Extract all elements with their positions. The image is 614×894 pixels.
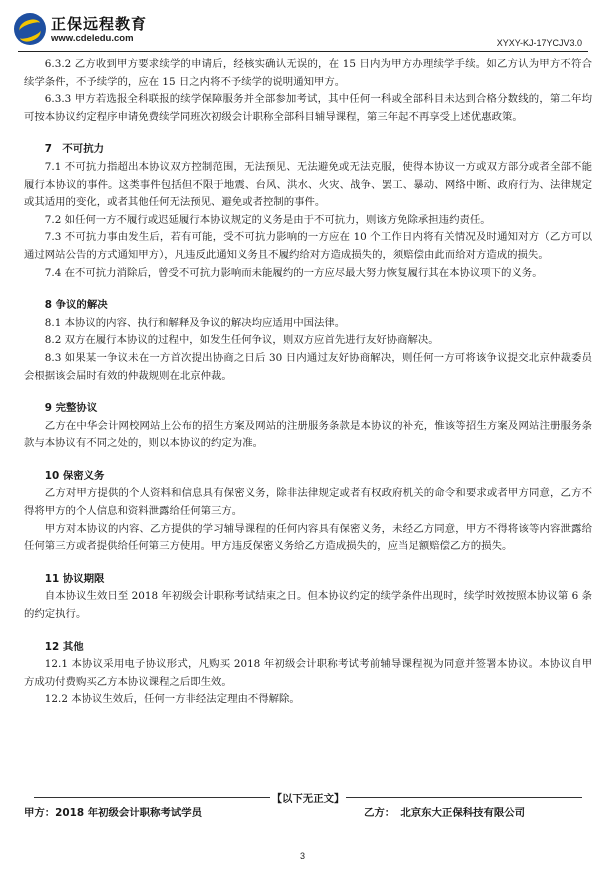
clause-7-2: 7.2 如任何一方不履行或迟延履行本协议规定的义务是由于不可抗力，则该方免除承担… — [24, 212, 592, 230]
clause-10-b: 甲方对本协议的内容、乙方提供的学习辅导课程的任何内容具有保密义务，未经乙方同意，… — [24, 521, 592, 556]
company-logo-icon — [14, 13, 46, 45]
clause-11: 自本协议生效日至 2018 年初级会计职称考试结束之日。但本协议约定的续学条件出… — [24, 588, 592, 623]
clause-7-1: 7.1 不可抗力指超出本协议双方控制范围，无法预见、无法避免或无法克服，使得本协… — [24, 159, 592, 212]
document-code: XYXY-KJ-17YCJV3.0 — [497, 38, 582, 48]
spacer — [24, 282, 592, 297]
section-8-heading: 8 争议的解决 — [24, 297, 592, 315]
page-header: 正保远程教育 www.cdeledu.com XYXY-KJ-17YCJV3.0 — [0, 0, 614, 52]
end-of-text-marker: 【以下无正文】 — [34, 790, 582, 805]
clause-7-3: 7.3 不可抗力事由发生后，若有可能，受不可抗力影响的一方应在 10 个工作日内… — [24, 229, 592, 264]
section-12-heading: 12 其他 — [24, 639, 592, 657]
party-a: 甲方：2018 年初级会计职称考试学员 — [24, 804, 202, 819]
brand-url: www.cdeledu.com — [51, 33, 134, 44]
clause-6-3-2: 6.3.2 乙方收到甲方要求续学的申请后，经核实确认无误的，在 15 日内为甲方… — [24, 56, 592, 91]
clause-8-1: 8.1 本协议的内容、执行和解释及争议的解决均应适用中国法律。 — [24, 315, 592, 333]
spacer — [24, 385, 592, 400]
spacer — [24, 126, 592, 141]
header-divider — [18, 51, 588, 52]
party-b: 乙方： 北京东大正保科技有限公司 — [364, 804, 525, 819]
clause-6-3-3: 6.3.3 甲方若选报全科联报的续学保障服务并全部参加考试，其中任何一科或全部科… — [24, 91, 592, 126]
spacer — [24, 556, 592, 571]
end-of-text-label: 【以下无正文】 — [270, 790, 347, 805]
dash-line-left — [34, 797, 270, 798]
section-10-heading: 10 保密义务 — [24, 468, 592, 486]
clause-10-a: 乙方对甲方提供的个人资料和信息具有保密义务，除非法律规定或者有权政府机关的命令和… — [24, 485, 592, 520]
section-11-heading: 11 协议期限 — [24, 571, 592, 589]
page-number: 3 — [300, 851, 305, 861]
clause-8-2: 8.2 双方在履行本协议的过程中，如发生任何争议，则双方应首先进行友好协商解决。 — [24, 332, 592, 350]
clause-7-4: 7.4 在不可抗力消除后，曾受不可抗力影响而未能履约的一方应尽最大努力恢复履行其… — [24, 265, 592, 283]
spacer — [24, 453, 592, 468]
clause-9: 乙方在中华会计网校网站上公布的招生方案及网站的注册服务条款是本协议的补充，惟该等… — [24, 418, 592, 453]
brand-name: 正保远程教育 — [51, 13, 147, 34]
spacer — [24, 624, 592, 639]
document-body: 6.3.2 乙方收到甲方要求续学的申请后，经核实确认无误的，在 15 日内为甲方… — [24, 56, 592, 709]
section-7-heading: 7 不可抗力 — [24, 141, 592, 159]
clause-12-1: 12.1 本协议采用电子协议形式，凡购买 2018 年初级会计职称考试考前辅导课… — [24, 656, 592, 691]
clause-8-3: 8.3 如果某一争议未在一方首次提出协商之日后 30 日内通过友好协商解决，则任… — [24, 350, 592, 385]
dash-line-right — [346, 797, 582, 798]
clause-12-2: 12.2 本协议生效后，任何一方非经法定理由不得解除。 — [24, 691, 592, 709]
section-9-heading: 9 完整协议 — [24, 400, 592, 418]
